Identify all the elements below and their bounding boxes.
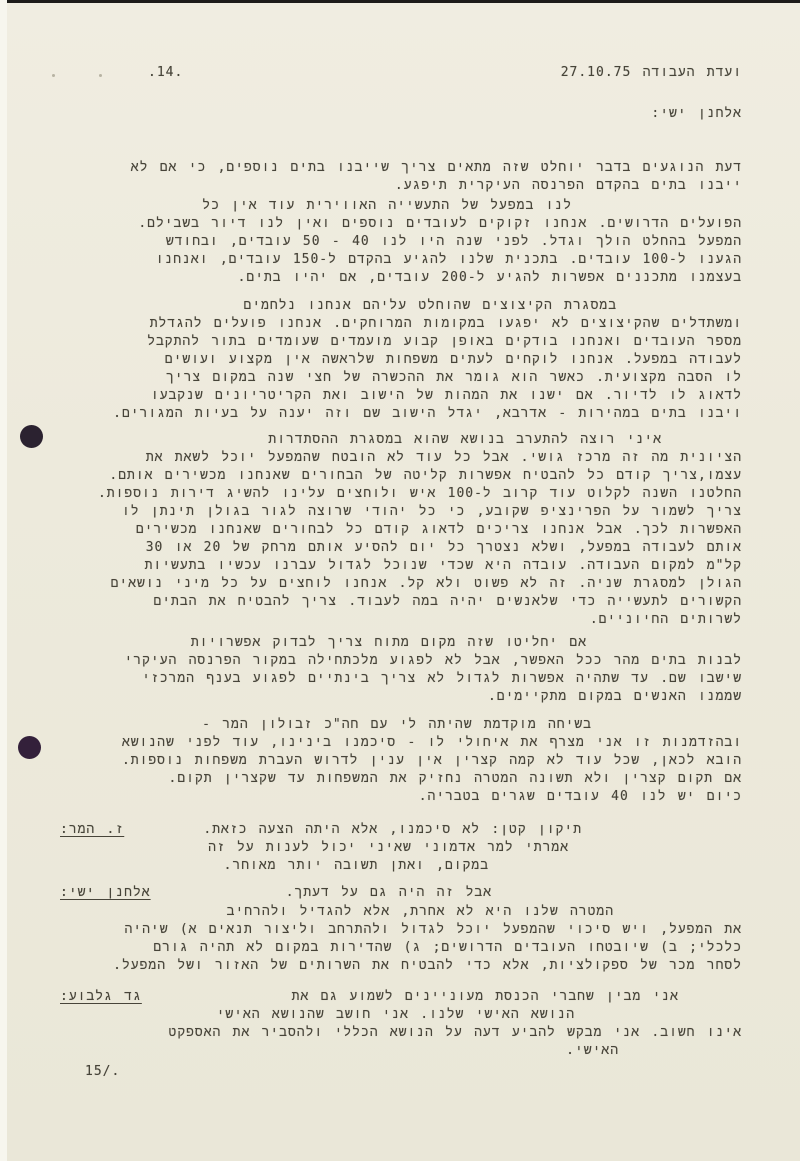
scan-speck xyxy=(52,74,55,77)
text-line: לשרותים החיוניים. xyxy=(60,611,742,629)
speaker-name: אלחנן ישי: xyxy=(60,105,742,123)
speech-paragraph: בשיחה מוקדמת שהיתה לי עם חה"כ זבולון המר… xyxy=(60,716,742,806)
text-line: אותם לעבודה במפעל, ושלא נצטרך כל יום להס… xyxy=(60,539,742,557)
text-line: עצמו,צריך קודם כל להבטיח אפשרות קליטה של… xyxy=(60,467,742,485)
text-line: הקשורים לתעשייה כדי שלאנשים יהיה במה לעב… xyxy=(60,593,742,611)
text-line: בעצמנו מתכננים אפשרות להגיע ל-200 עובדים… xyxy=(60,269,742,287)
text-line: צריך לשמור על הפרינציפ שקובע, כי כל יהוד… xyxy=(60,503,742,521)
text-line: לו הסבה מקצועית. כאשר הוא גומר את ההכשרה… xyxy=(60,369,742,387)
text-line: הציונית מה זה מרכז גושי. אבל כל עוד לא ה… xyxy=(60,449,742,467)
text-line: מספר העובדים ואנחנו בודקים באופן קבוע מו… xyxy=(60,333,742,351)
speech-paragraph: אם יחליטו שזה מקום מתוח צריך לבדוק אפשרו… xyxy=(60,634,742,706)
text-line: תיקון קטן: לא סיכמנו, אלא היתה הצעה כזאת… xyxy=(60,821,582,839)
next-page-mark: 15/. xyxy=(85,1063,742,1081)
text-line: במקום, ואתן תשובה יותר מאוחר. xyxy=(60,857,489,875)
text-line: אמרתי למר אדמוני שאיני יכול לענות על זה xyxy=(60,839,569,857)
text-line: לעבודה במפעל. אנחנו לוקחים לעתים משפחות … xyxy=(60,351,742,369)
scan-edge-artifact xyxy=(0,0,7,1161)
speech-paragraph: דעת הנוגעים בדבר יוחלט שזה מתאים צריך שי… xyxy=(60,159,742,195)
text-line: האפשרות לכך. אבל אנחנו צריכים לדאוג קודם… xyxy=(60,521,742,539)
text-line: שישבו שם. עד שתהיה אפשרות לגדול לא צריך … xyxy=(60,670,742,688)
text-line: הפועלים הדרושים. אנחנו זקוקים לעובדים נו… xyxy=(60,215,742,233)
text-line: כיום יש לנו 40 עובדים שגרים בטבריה. xyxy=(60,788,742,806)
text-line: דעת הנוגעים בדבר יוחלט שזה מתאים צריך שי… xyxy=(60,159,742,177)
page-number: .14. xyxy=(148,64,183,82)
text-line: המפעל בהחלט הולך וגדל. לפני שנה היו לנו … xyxy=(60,233,742,251)
text-line: לבנות בתים מהר ככל האפשר, אבל לא לפגוע מ… xyxy=(60,652,742,670)
text-line: בשיחה מוקדמת שהיתה לי עם חה"כ זבולון המר… xyxy=(60,716,592,734)
text-line: הנושא האישי שלנו. אני חושב שהנושא האישי xyxy=(60,1006,575,1024)
speech-paragraph: המטרה שלנו היא לא אחרת, אלא להגדיל ולהרח… xyxy=(60,903,742,975)
text-line: ובהזדמנות זו אני מצרף את איחולי לו - סיכ… xyxy=(60,734,742,752)
text-line: איני רוצה להתערב בנושא שהוא במסגרת ההסתד… xyxy=(60,431,662,449)
text-line: ייבנו בתים בהקדם הפרנסה העיקרית תיפגע. xyxy=(60,177,742,195)
speaker-section: ז. המר:תיקון קטן: לא סיכמנו, אלא היתה הצ… xyxy=(60,821,742,875)
text-line: לסחר מכר של ספקולציות, אלא כדי להבטיח את… xyxy=(60,957,742,975)
speech-paragraph: לנו במפעל של התעשייה האווירית עוד אין כל… xyxy=(60,197,742,287)
text-line: את המפעל, ויש סיכוי שהמפעל יוכל לגדול ול… xyxy=(60,921,742,939)
text-line: ומשתדלים שהקיצוצים לא יפגעו במקומות המרו… xyxy=(60,315,742,333)
text-line: הגולן למסגרת שניה. זה לא פשוט ולא קל. אנ… xyxy=(60,575,742,593)
document-header: ועדת העבודה 27.10.75 .14. xyxy=(60,64,742,82)
speech-paragraph: במסגרת הקיצוצים שהוחלט עליהם אנחנו נלחמי… xyxy=(60,297,742,423)
speaker-section: אלחנן ישי:אבל זה היה גם על דעתך. xyxy=(60,884,742,902)
hole-punch-mark xyxy=(18,736,41,759)
text-line: אם יחליטו שזה מקום מתוח צריך לבדוק אפשרו… xyxy=(60,634,587,652)
text-line: החלטנו השנה לקלוט עוד קרוב ל-100 איש ולו… xyxy=(60,485,742,503)
text-line: לנו במפעל של התעשייה האווירית עוד אין כל xyxy=(60,197,572,215)
speaker-section: גד גלבוע:אני מבין שחברי הכנסת מעוניינים … xyxy=(60,988,742,1060)
document-body: דעת הנוגעים בדבר יוחלט שזה מתאים צריך שי… xyxy=(60,159,742,1060)
speaker-name: ז. המר: xyxy=(60,821,124,839)
scanned-document-page: ועדת העבודה 27.10.75 .14. אלחנן ישי: דעת… xyxy=(0,0,800,1161)
text-line: קל"מ למקום העבודה. עובדה היא שכדי שנוכל … xyxy=(60,557,742,575)
text-line: לדאוג לו לדיור. אם ישנו את המהות של הישו… xyxy=(60,387,742,405)
speaker-name: גד גלבוע: xyxy=(60,988,142,1006)
text-line: אם תקום קצרין ולא תשונה המטרה נחזיק את ה… xyxy=(60,770,742,788)
text-line: האישי. xyxy=(60,1042,619,1060)
text-line: שממנו האנשים במקום מתקיימים. xyxy=(60,688,742,706)
hole-punch-mark xyxy=(20,425,43,448)
text-line: הובא לכאן, שכל עוד לא קמה קצרין אין ענין… xyxy=(60,752,742,770)
text-line: הגענו ל-100 עובדים. בתכנית שלנו להגיע בה… xyxy=(60,251,742,269)
scan-edge-artifact xyxy=(0,0,800,3)
text-line: במסגרת הקיצוצים שהוחלט עליהם אנחנו נלחמי… xyxy=(60,297,617,315)
text-line: ויבנו בתים במהירות - אדרבא, יגדל הישוב ש… xyxy=(60,405,742,423)
text-line: כלכלי; ב) שיובטחו העובדים הדרושים; ג) שה… xyxy=(60,939,742,957)
speech-paragraph: איני רוצה להתערב בנושא שהוא במסגרת ההסתד… xyxy=(60,431,742,629)
speaker-name: אלחנן ישי: xyxy=(60,884,151,902)
document-content: ועדת העבודה 27.10.75 .14. אלחנן ישי: דעת… xyxy=(60,64,742,1081)
text-line: המטרה שלנו היא לא אחרת, אלא להגדיל ולהרח… xyxy=(60,903,614,921)
text-line: אני מבין שחברי הכנסת מעוניינים לשמוע גם … xyxy=(60,988,679,1006)
text-line: אינו חשוב. אני מבקש להביע דעה על הנושא ה… xyxy=(60,1024,742,1042)
